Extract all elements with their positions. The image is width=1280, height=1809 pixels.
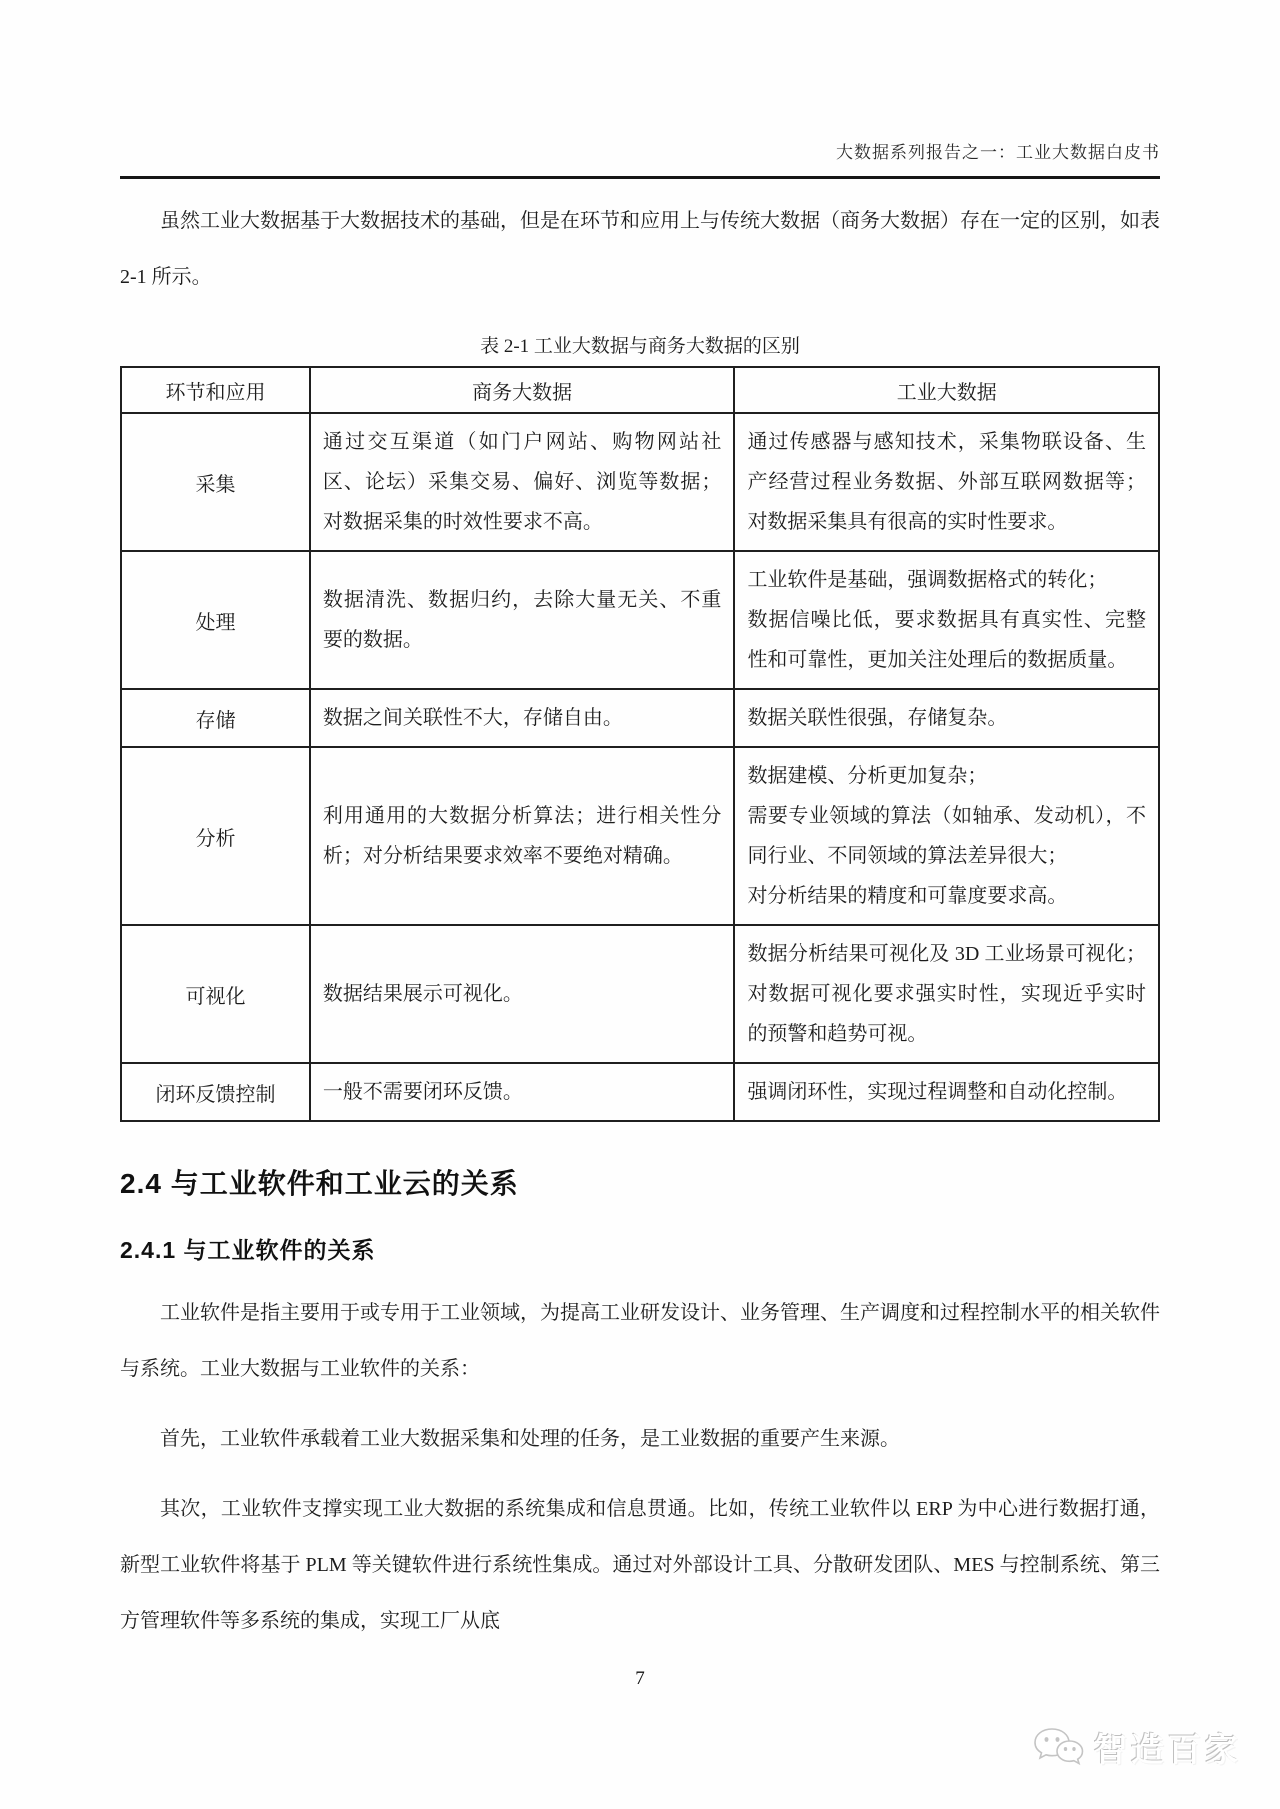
table-row: 存储 数据之间关联性不大，存储自由。 数据关联性很强，存储复杂。 (121, 689, 1159, 747)
stage-cell: 可视化 (121, 925, 310, 1063)
comparison-table: 环节和应用 商务大数据 工业大数据 采集 通过交互渠道（如门户网站、购物网站社区… (120, 366, 1160, 1122)
table-header-row: 环节和应用 商务大数据 工业大数据 (121, 367, 1159, 413)
column-header-business: 商务大数据 (310, 367, 735, 413)
industrial-cell: 强调闭环性，实现过程调整和自动化控制。 (734, 1063, 1159, 1121)
watermark-text: 智造百家 (1094, 1724, 1242, 1771)
document-page: { "header": { "title": "大数据系列报告之一：工业大数据白… (0, 0, 1280, 1809)
business-cell: 数据之间关联性不大，存储自由。 (310, 689, 735, 747)
table-caption: 表 2-1 工业大数据与商务大数据的区别 (120, 331, 1160, 358)
column-header-industrial: 工业大数据 (734, 367, 1159, 413)
running-header-title: 大数据系列报告之一：工业大数据白皮书 (836, 143, 1160, 162)
table-row: 采集 通过交互渠道（如门户网站、购物网站社区、论坛）采集交易、偏好、浏览等数据；… (121, 413, 1159, 551)
business-cell: 数据结果展示可视化。 (310, 925, 735, 1063)
section-heading-2-4: 2.4 与工业软件和工业云的关系 (120, 1162, 1160, 1202)
industrial-cell: 数据建模、分析更加复杂； 需要专业领域的算法（如轴承、发动机），不同行业、不同领… (734, 747, 1159, 925)
business-cell: 通过交互渠道（如门户网站、购物网站社区、论坛）采集交易、偏好、浏览等数据；对数据… (310, 413, 735, 551)
stage-cell: 存储 (121, 689, 310, 747)
table-row: 闭环反馈控制 一般不需要闭环反馈。 强调闭环性，实现过程调整和自动化控制。 (121, 1063, 1159, 1121)
subsection-heading-2-4-1: 2.4.1 与工业软件的关系 (120, 1232, 1160, 1265)
business-cell: 数据清洗、数据归约，去除大量无关、不重要的数据。 (310, 551, 735, 689)
chat-bubbles-icon (1032, 1726, 1084, 1770)
industrial-cell: 数据关联性很强，存储复杂。 (734, 689, 1159, 747)
stage-cell: 采集 (121, 413, 310, 551)
body-paragraph: 首先，工业软件承载着工业大数据采集和处理的任务，是工业数据的重要产生来源。 (120, 1411, 1160, 1467)
table-row: 处理 数据清洗、数据归约，去除大量无关、不重要的数据。 工业软件是基础，强调数据… (121, 551, 1159, 689)
intro-paragraph: 虽然工业大数据基于大数据技术的基础，但是在环节和应用上与传统大数据（商务大数据）… (120, 193, 1160, 305)
stage-cell: 闭环反馈控制 (121, 1063, 310, 1121)
industrial-cell: 数据分析结果可视化及 3D 工业场景可视化；对数据可视化要求强实时性，实现近乎实… (734, 925, 1159, 1063)
stage-cell: 分析 (121, 747, 310, 925)
body-paragraph: 工业软件是指主要用于或专用于工业领域，为提高工业研发设计、业务管理、生产调度和过… (120, 1285, 1160, 1397)
running-header: 大数据系列报告之一：工业大数据白皮书 (120, 138, 1160, 163)
table-row: 可视化 数据结果展示可视化。 数据分析结果可视化及 3D 工业场景可视化；对数据… (121, 925, 1159, 1063)
industrial-cell: 通过传感器与感知技术，采集物联设备、生产经营过程业务数据、外部互联网数据等；对数… (734, 413, 1159, 551)
column-header-stage: 环节和应用 (121, 367, 310, 413)
industrial-cell: 工业软件是基础，强调数据格式的转化； 数据信噪比低，要求数据具有真实性、完整性和… (734, 551, 1159, 689)
business-cell: 一般不需要闭环反馈。 (310, 1063, 735, 1121)
body-paragraph: 其次，工业软件支撑实现工业大数据的系统集成和信息贯通。比如，传统工业软件以 ER… (120, 1481, 1160, 1649)
watermark: 智造百家 (1032, 1724, 1242, 1771)
stage-cell: 处理 (121, 551, 310, 689)
business-cell: 利用通用的大数据分析算法；进行相关性分析；对分析结果要求效率不要绝对精确。 (310, 747, 735, 925)
header-rule (120, 176, 1160, 179)
table-row: 分析 利用通用的大数据分析算法；进行相关性分析；对分析结果要求效率不要绝对精确。… (121, 747, 1159, 925)
page-number: 7 (0, 1668, 1280, 1690)
